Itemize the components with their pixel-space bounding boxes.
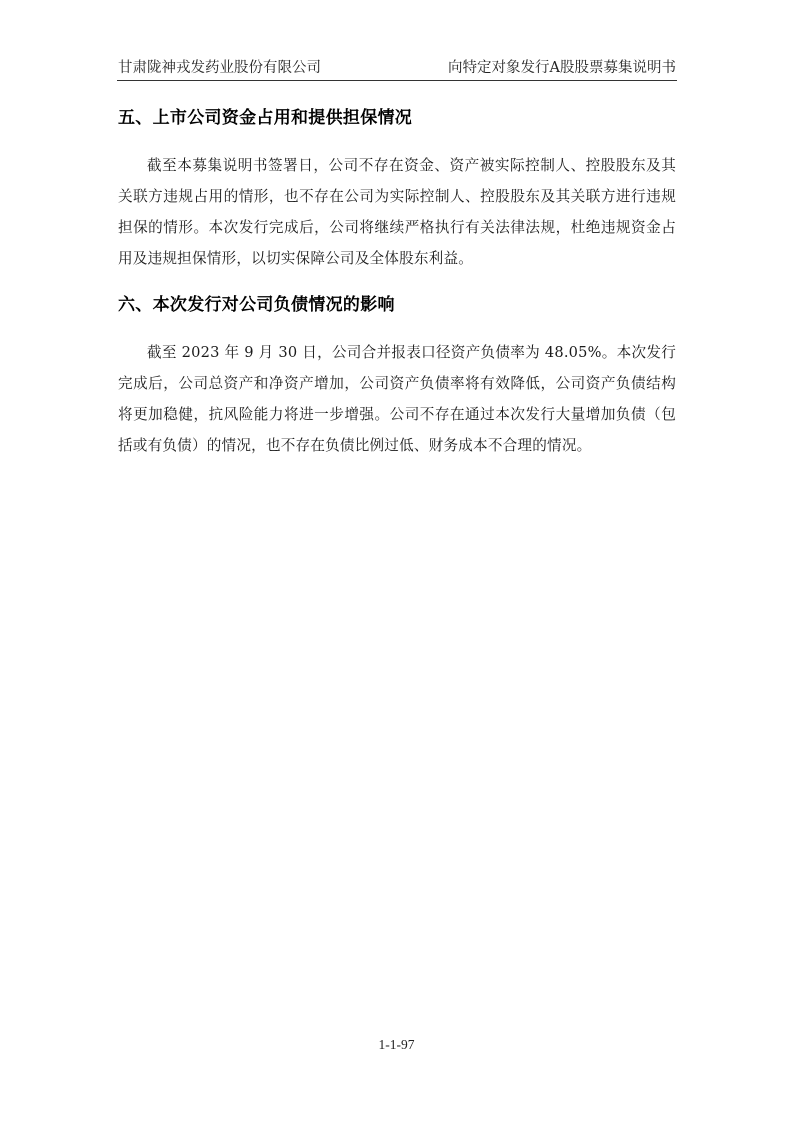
header-divider xyxy=(117,80,677,81)
page-header: 甘肃陇神戎发药业股份有限公司 向特定对象发行A股股票募集说明书 xyxy=(118,57,676,77)
page-number: 1-1-97 xyxy=(0,1037,793,1053)
section-heading-liability-impact: 六、本次发行对公司负债情况的影响 xyxy=(118,294,395,316)
section-paragraph-fund-occupation: 截至本募集说明书签署日，公司不存在资金、资产被实际控制人、控股股东及其关联方违规… xyxy=(118,150,676,274)
header-company-name: 甘肃陇神戎发药业股份有限公司 xyxy=(118,59,321,77)
section-heading-fund-occupation: 五、上市公司资金占用和提供担保情况 xyxy=(118,107,412,129)
header-document-title: 向特定对象发行A股股票募集说明书 xyxy=(448,59,676,77)
section-paragraph-liability-impact: 截至 2023 年 9 月 30 日，公司合并报表口径资产负债率为 48.05%… xyxy=(118,337,676,461)
